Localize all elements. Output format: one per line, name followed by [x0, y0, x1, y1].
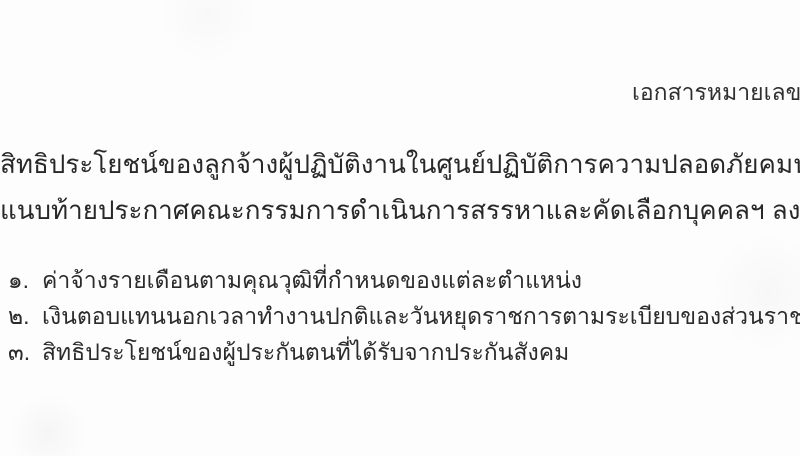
benefit-item-3-text: สิทธิประโยชน์ของผู้ประกันตนที่ได้รับจากป…	[42, 339, 569, 365]
document-title: สิทธิประโยชน์ของลูกจ้างผู้ปฏิบัติงานในศู…	[0, 146, 800, 182]
benefit-item-2: ๒.เงินตอบแทนนอกเวลาทำงานปกติและวันหยุดรา…	[8, 298, 788, 334]
benefit-item-1: ๑.ค่าจ้างรายเดือนตามคุณวุฒิที่กำหนดของแต…	[8, 262, 788, 298]
benefit-item-3: ๓.สิทธิประโยชน์ของผู้ประกันตนที่ได้รับจา…	[8, 334, 788, 370]
document-subtitle-prefix: แนบท้ายประกาศคณะกรรมการดำเนินการสรรหาและ…	[0, 195, 800, 225]
document-subtitle: แนบท้ายประกาศคณะกรรมการดำเนินการสรรหาและ…	[0, 190, 800, 229]
benefit-item-1-text: ค่าจ้างรายเดือนตามคุณวุฒิที่กำหนดของแต่ล…	[42, 267, 582, 293]
benefit-item-3-number: ๓.	[8, 334, 42, 370]
benefit-item-1-number: ๑.	[8, 262, 42, 298]
scanned-document-page: เอกสารหมายเลข ๒ สิทธิประโยชน์ของลูกจ้างผ…	[0, 0, 800, 456]
document-number-label: เอกสารหมายเลข ๒	[632, 76, 800, 108]
benefit-list: ๑.ค่าจ้างรายเดือนตามคุณวุฒิที่กำหนดของแต…	[8, 262, 788, 370]
benefit-item-2-number: ๒.	[8, 298, 42, 334]
benefit-item-2-text: เงินตอบแทนนอกเวลาทำงานปกติและวันหยุดราชก…	[42, 303, 800, 329]
